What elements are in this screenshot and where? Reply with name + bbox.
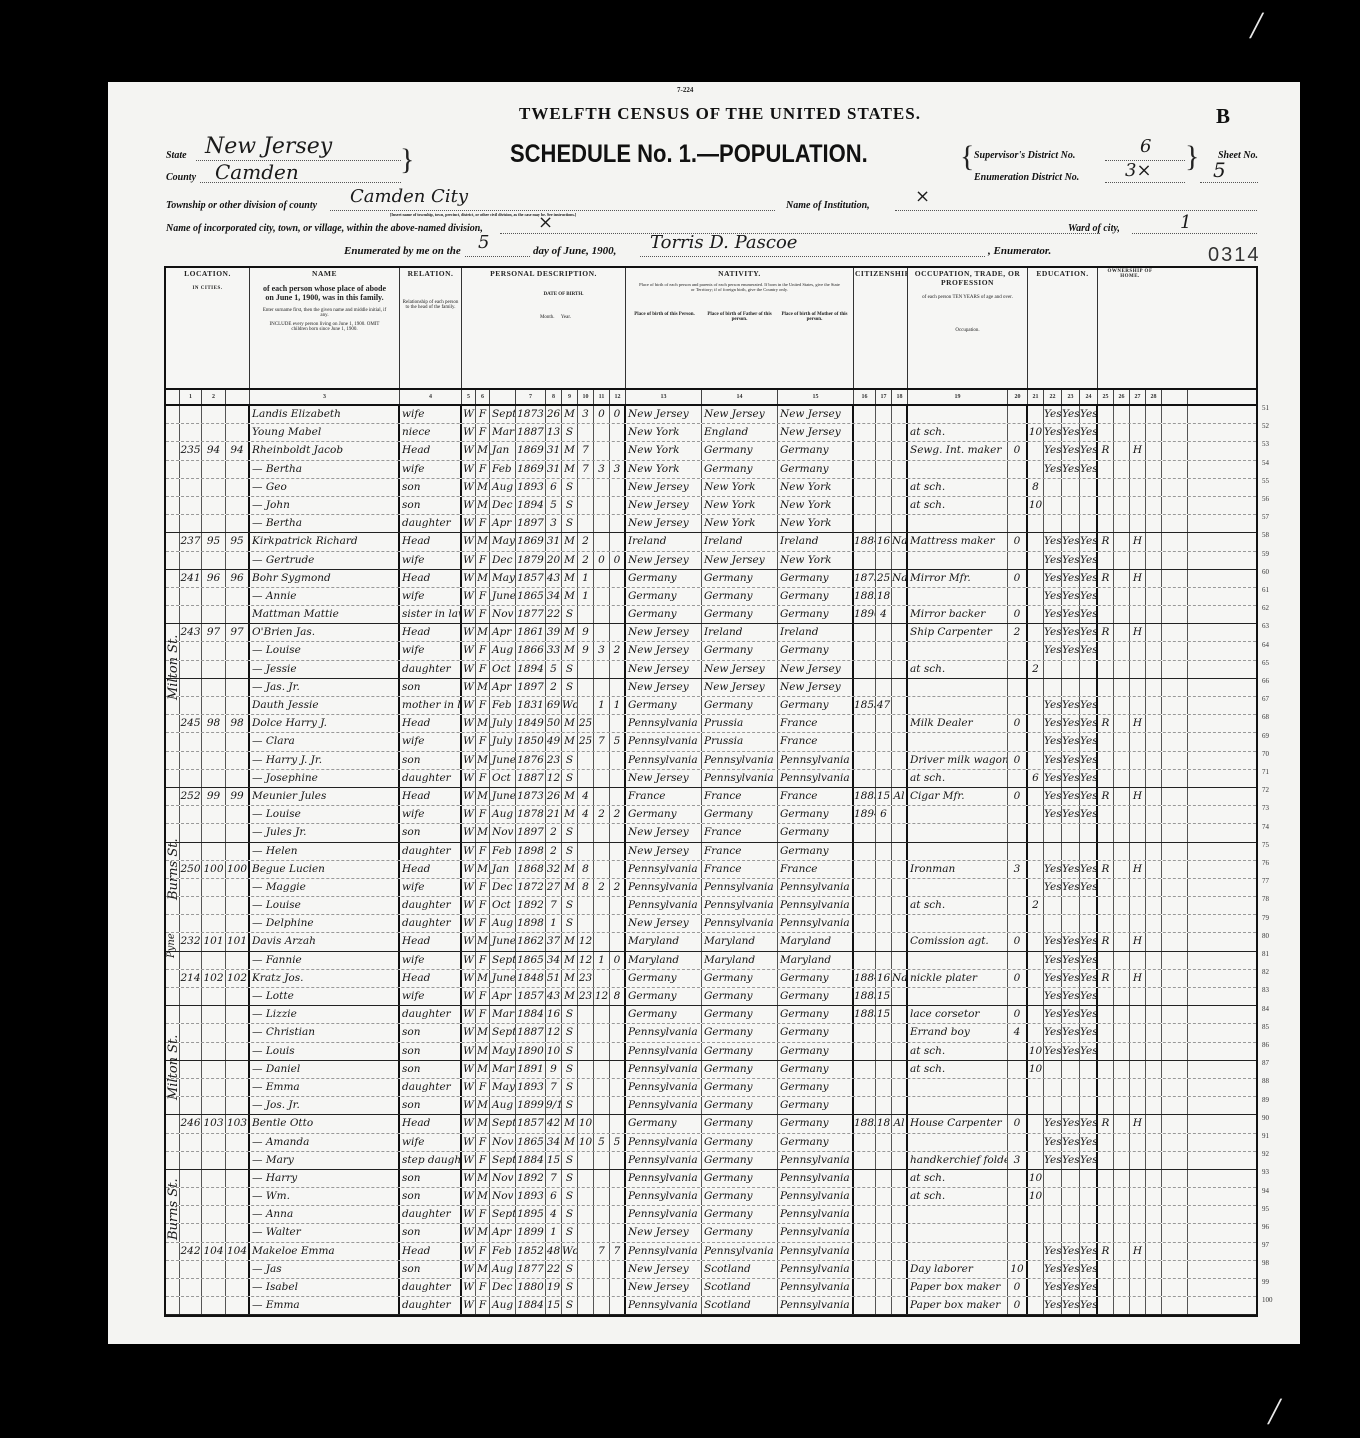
cell-rel: son (400, 824, 462, 841)
cell-own: R (1098, 442, 1114, 459)
cell-mpob: Pennsylvania (778, 1170, 854, 1187)
cell-eng: Yes (1080, 1006, 1098, 1023)
cell-yus (876, 1079, 892, 1096)
header-location: LOCATION. IN CITIES. (166, 268, 250, 388)
cell-empty (1162, 1024, 1188, 1041)
cell-age: 48 (546, 1243, 562, 1260)
cell-yus (876, 879, 892, 896)
line-number: 63 (1262, 622, 1269, 630)
cell-fpob: Pennsylvania (702, 915, 778, 932)
cell-rel: wife (400, 733, 462, 750)
cell-born (594, 897, 610, 914)
cell-read: Yes (1044, 879, 1062, 896)
cell-ms: S (562, 515, 578, 532)
cell-eng: Yes (1080, 606, 1098, 623)
cell-year: 1862 (516, 933, 546, 950)
cell-color: W (462, 661, 476, 678)
cell-write: Yes (1062, 788, 1080, 805)
cell-school (1028, 1134, 1044, 1151)
cell-read (1044, 661, 1062, 678)
line-number: 97 (1262, 1241, 1269, 1249)
cell-unemp (1008, 406, 1028, 423)
cell-imm (854, 515, 876, 532)
cell-read: Yes (1044, 642, 1062, 659)
cell-empty (166, 515, 180, 532)
cell-fpob: Germany (702, 1115, 778, 1132)
cell-own (1098, 479, 1114, 496)
cell-sex: F (476, 461, 490, 478)
cell-own (1098, 1188, 1114, 1205)
table-row: 242104104Makeloe EmmaHeadWFFeb185248Wd77… (166, 1243, 1256, 1261)
cell-fam (226, 1079, 250, 1096)
cell-house (180, 824, 202, 841)
cell-imm (854, 770, 876, 787)
cell-empty (1162, 515, 1188, 532)
cell-empty (166, 1261, 180, 1278)
cell-read (1044, 1079, 1062, 1096)
cell-read: Yes (1044, 552, 1062, 569)
cell-color: W (462, 970, 476, 987)
cell-occ: at sch. (908, 897, 1008, 914)
township-line (330, 210, 775, 211)
cell-yus (876, 770, 892, 787)
cell-farm (1130, 1170, 1146, 1187)
cell-name: — Mary (250, 1152, 400, 1169)
cell-occ: at sch. (908, 479, 1008, 496)
cell-year: 1857 (516, 570, 546, 587)
cell-unemp: 10 (1008, 1261, 1028, 1278)
cell-pob: Pennsylvania (626, 1243, 702, 1260)
cell-own (1098, 552, 1114, 569)
cell-name: — Louise (250, 897, 400, 914)
cell-own (1098, 1170, 1114, 1187)
cell-fam: 99 (226, 788, 250, 805)
cell-yrs: 2 (578, 552, 594, 569)
cell-yus (876, 861, 892, 878)
cell-read: Yes (1044, 770, 1062, 787)
cell-month: Dec (490, 1279, 516, 1296)
cell-color: W (462, 461, 476, 478)
cell-color: W (462, 897, 476, 914)
cell-ms: M (562, 970, 578, 987)
cell-nat (892, 1152, 908, 1169)
cell-eng (1080, 661, 1098, 678)
cell-eng: Yes (1080, 642, 1098, 659)
cell-eng: Yes (1080, 570, 1098, 587)
cell-born: 1 (594, 697, 610, 714)
cell-age: 22 (546, 1261, 562, 1278)
cell-rel: wife (400, 1134, 462, 1151)
cell-born (594, 497, 610, 514)
cell-imm: 1884 (854, 533, 876, 550)
cell-born (594, 606, 610, 623)
cell-pob: New York (626, 424, 702, 441)
cell-empty (1146, 424, 1162, 441)
cell-imm (854, 752, 876, 769)
schedule-title: SCHEDULE No. 1.—POPULATION. (510, 140, 868, 169)
cell-sex: M (476, 861, 490, 878)
line-number: 65 (1262, 659, 1269, 667)
cell-yrs (578, 1188, 594, 1205)
cell-house (180, 1152, 202, 1169)
table-row: — JessiedaughterWFOct18945SNew JerseyNew… (166, 661, 1256, 679)
cell-empty (166, 533, 180, 550)
cell-write: Yes (1062, 424, 1080, 441)
cell-yus (876, 1024, 892, 1041)
cell-empty (166, 1152, 180, 1169)
cell-sex: F (476, 806, 490, 823)
cell-mpob: Germany (778, 1115, 854, 1132)
institution-label: Name of Institution, (786, 200, 870, 211)
cell-unemp (1008, 1061, 1028, 1078)
cell-farm (1130, 1006, 1146, 1023)
cell-yrs: 9 (578, 624, 594, 641)
cell-own: R (1098, 570, 1114, 587)
cell-house (180, 1006, 202, 1023)
cell-yrs: 7 (578, 461, 594, 478)
cell-born (594, 1188, 610, 1205)
cell-fam (226, 1297, 250, 1314)
cell-ms: M (562, 933, 578, 950)
cell-sex: F (476, 588, 490, 605)
cell-year: 1876 (516, 752, 546, 769)
column-number: 8 (546, 390, 562, 404)
cell-year: 1868 (516, 861, 546, 878)
cell-read: Yes (1044, 1043, 1062, 1060)
cell-name: — Annie (250, 588, 400, 605)
cell-empty (166, 442, 180, 459)
cell-month: Apr (490, 679, 516, 696)
cell-color: W (462, 588, 476, 605)
cell-empty (1162, 897, 1188, 914)
cell-month: Aug (490, 1097, 516, 1114)
table-row: — EmmadaughterWFAug188415SPennsylvaniaSc… (166, 1297, 1256, 1315)
column-number: 25 (1098, 390, 1114, 404)
cell-farm (1130, 806, 1146, 823)
table-row: 2359494Rheinboldt JacobHeadWMJan186931M7… (166, 442, 1256, 460)
cell-school: 10 (1028, 1188, 1044, 1205)
cell-pob: Germany (626, 588, 702, 605)
cell-born (594, 843, 610, 860)
cell-own (1098, 824, 1114, 841)
cell-living (610, 1006, 626, 1023)
cell-house (180, 1297, 202, 1314)
cell-year: 1866 (516, 642, 546, 659)
cell-fam (226, 515, 250, 532)
cell-occ (908, 1097, 1008, 1114)
cell-eng: Yes (1080, 461, 1098, 478)
cell-mpob: Pennsylvania (778, 1188, 854, 1205)
cell-sex: F (476, 642, 490, 659)
cell-mpob: Pennsylvania (778, 1279, 854, 1296)
cell-read: Yes (1044, 788, 1062, 805)
cell-month: Aug (490, 1297, 516, 1314)
table-row: 2379595Kirkpatrick RichardHeadWMMay18693… (166, 533, 1256, 551)
cell-dw (202, 843, 226, 860)
cell-year: 1884 (516, 1152, 546, 1169)
cell-house: 245 (180, 715, 202, 732)
cell-rel: sister in law (400, 606, 462, 623)
cell-fpob: Germany (702, 642, 778, 659)
cell-rel: Head (400, 1115, 462, 1132)
cell-yus (876, 1224, 892, 1241)
cell-year: 1898 (516, 915, 546, 932)
cell-school (1028, 1279, 1044, 1296)
cell-yrs: 8 (578, 879, 594, 896)
cell-living (610, 843, 626, 860)
cell-rel: son (400, 1024, 462, 1041)
cell-nat (892, 1134, 908, 1151)
cell-ms: S (562, 479, 578, 496)
cell-dw (202, 952, 226, 969)
cell-age: 31 (546, 461, 562, 478)
cell-sex: M (476, 479, 490, 496)
cell-yus (876, 1043, 892, 1060)
cell-ms: S (562, 1206, 578, 1223)
cell-nat (892, 897, 908, 914)
cell-dw (202, 1024, 226, 1041)
cell-ms: S (562, 1279, 578, 1296)
line-number: 99 (1262, 1278, 1269, 1286)
column-number: 15 (778, 390, 854, 404)
brace: } (400, 145, 414, 175)
table-row: — EmmadaughterWFMay18937SPennsylvaniaGer… (166, 1079, 1256, 1097)
cell-dw (202, 679, 226, 696)
cell-occ (908, 642, 1008, 659)
table-row: — DelphinedaughterWFAug18981SNew JerseyP… (166, 915, 1256, 933)
cell-age: 26 (546, 788, 562, 805)
cell-write (1062, 1097, 1080, 1114)
cell-mpob: Maryland (778, 952, 854, 969)
population-table: LOCATION. IN CITIES. NAME of each person… (164, 266, 1258, 1317)
cell-living (610, 1224, 626, 1241)
cell-month: Feb (490, 697, 516, 714)
cell-free (1114, 879, 1130, 896)
cell-fpob: Germany (702, 1206, 778, 1223)
cell-age: 6 (546, 479, 562, 496)
cell-rel: wife (400, 806, 462, 823)
table-row: — LouissonWMMay189010SPennsylvaniaGerman… (166, 1043, 1256, 1061)
cell-school: 10 (1028, 1043, 1044, 1060)
cell-year: 1898 (516, 843, 546, 860)
cell-empty (166, 988, 180, 1005)
cell-nat (892, 806, 908, 823)
cell-fpob: Germany (702, 1097, 778, 1114)
cell-name: Bentle Otto (250, 1115, 400, 1132)
cell-born (594, 442, 610, 459)
cell-own (1098, 497, 1114, 514)
cell-color: W (462, 552, 476, 569)
cell-empty (1162, 1224, 1188, 1241)
cell-yrs: 2 (578, 533, 594, 550)
cell-school (1028, 952, 1044, 969)
cell-occ (908, 988, 1008, 1005)
cell-year: 1897 (516, 515, 546, 532)
cell-color: W (462, 1297, 476, 1314)
cell-read (1044, 515, 1062, 532)
cell-age: 2 (546, 843, 562, 860)
cell-born (594, 1152, 610, 1169)
cell-write: Yes (1062, 461, 1080, 478)
cell-empty (1146, 461, 1162, 478)
cell-school: 10 (1028, 1170, 1044, 1187)
cell-write: Yes (1062, 1261, 1080, 1278)
cell-read: Yes (1044, 733, 1062, 750)
cell-rel: Head (400, 1243, 462, 1260)
cell-empty (1162, 624, 1188, 641)
cell-own: R (1098, 933, 1114, 950)
cell-occ: Comission agt. (908, 933, 1008, 950)
cell-read (1044, 897, 1062, 914)
table-row: — LouisewifeWFAug187821M422GermanyGerman… (166, 806, 1256, 824)
cell-sex: M (476, 1115, 490, 1132)
cell-living (610, 715, 626, 732)
cell-month: Nov (490, 606, 516, 623)
cell-occ (908, 461, 1008, 478)
cell-fpob: Germany (702, 1061, 778, 1078)
cell-imm (854, 1097, 876, 1114)
cell-color: W (462, 442, 476, 459)
cell-pob: Germany (626, 988, 702, 1005)
cell-color: W (462, 1152, 476, 1169)
cell-read: Yes (1044, 1024, 1062, 1041)
state-label: State (166, 150, 187, 161)
cell-fam: 98 (226, 715, 250, 732)
cell-house (180, 461, 202, 478)
cell-color: W (462, 788, 476, 805)
cell-yrs (578, 679, 594, 696)
cell-school (1028, 970, 1044, 987)
cell-name: — Josephine (250, 770, 400, 787)
cell-yrs (578, 1061, 594, 1078)
cell-year: 1857 (516, 988, 546, 1005)
cell-farm (1130, 697, 1146, 714)
cell-dw (202, 1279, 226, 1296)
cell-year: 1869 (516, 533, 546, 550)
cell-sex: F (476, 879, 490, 896)
cell-name: — Geo (250, 479, 400, 496)
cell-fam (226, 588, 250, 605)
cell-dw (202, 1297, 226, 1314)
cell-fpob: Pennsylvania (702, 897, 778, 914)
cell-ms: S (562, 1006, 578, 1023)
cell-month: Oct (490, 661, 516, 678)
cell-living (610, 497, 626, 514)
cell-age: 1 (546, 1224, 562, 1241)
cell-dw (202, 1097, 226, 1114)
cell-own (1098, 1043, 1114, 1060)
cell-dw (202, 424, 226, 441)
cell-empty (1146, 1188, 1162, 1205)
cell-month: Nov (490, 1134, 516, 1151)
cell-yrs (578, 1206, 594, 1223)
cell-empty (1162, 406, 1188, 423)
table-row: — Jules Jr.sonWMNov18972SNew JerseyFranc… (166, 824, 1256, 842)
cell-empty (1146, 879, 1162, 896)
line-number: 94 (1262, 1187, 1269, 1195)
cell-occ: handkerchief folder (908, 1152, 1008, 1169)
cell-empty (1162, 570, 1188, 587)
cell-name: — Bertha (250, 515, 400, 532)
line-number: 92 (1262, 1150, 1269, 1158)
line-number: 60 (1262, 568, 1269, 576)
cell-unemp: 0 (1008, 1115, 1028, 1132)
cell-eng: Yes (1080, 933, 1098, 950)
cell-farm (1130, 843, 1146, 860)
header-nativity: NATIVITY. Place of birth of each person … (626, 268, 854, 388)
cell-write: Yes (1062, 552, 1080, 569)
street-label: Milton St. (166, 635, 181, 700)
cell-rel: niece (400, 424, 462, 441)
cell-sex: F (476, 770, 490, 787)
cell-name: Landis Elizabeth (250, 406, 400, 423)
ward-line (1132, 233, 1257, 234)
cell-fam (226, 1170, 250, 1187)
cell-unemp (1008, 1043, 1028, 1060)
cell-imm (854, 642, 876, 659)
cell-yrs: 9 (578, 642, 594, 659)
cell-empty (1146, 642, 1162, 659)
cell-own (1098, 1134, 1114, 1151)
cell-fam (226, 497, 250, 514)
cell-school (1028, 533, 1044, 550)
cell-imm (854, 661, 876, 678)
cell-empty (166, 733, 180, 750)
cell-born (594, 1079, 610, 1096)
cell-age: 21 (546, 806, 562, 823)
cell-ms: S (562, 1224, 578, 1241)
cell-mpob: Germany (778, 442, 854, 459)
cell-age: 9/12 (546, 1097, 562, 1114)
header-relation: RELATION. Relationship of each person to… (400, 268, 462, 388)
cell-own (1098, 806, 1114, 823)
cell-fpob: New Jersey (702, 406, 778, 423)
column-number: 9 (562, 390, 578, 404)
cell-unemp: 0 (1008, 933, 1028, 950)
cell-own (1098, 1152, 1114, 1169)
cell-yrs (578, 515, 594, 532)
cell-empty (1146, 952, 1162, 969)
cell-eng: Yes (1080, 424, 1098, 441)
cell-nat (892, 606, 908, 623)
table-row: — MaggiewifeWFDec187227M822PennsylvaniaP… (166, 879, 1256, 897)
cell-color: W (462, 1224, 476, 1241)
cell-rel: wife (400, 552, 462, 569)
cell-imm: 1875 (854, 570, 876, 587)
cell-yus (876, 442, 892, 459)
cell-farm: H (1130, 570, 1146, 587)
cell-year: 1850 (516, 733, 546, 750)
cell-farm: H (1130, 933, 1146, 950)
cell-free (1114, 442, 1130, 459)
cell-rel: Head (400, 788, 462, 805)
cell-month: June (490, 970, 516, 987)
cell-yus (876, 461, 892, 478)
cell-yus: 15 (876, 988, 892, 1005)
cell-month: Jan (490, 861, 516, 878)
cell-sex: M (476, 933, 490, 950)
cell-yus: 15 (876, 1006, 892, 1023)
cell-name: — Daniel (250, 1061, 400, 1078)
cell-yus (876, 1152, 892, 1169)
cell-write: Yes (1062, 1134, 1080, 1151)
cell-imm (854, 1224, 876, 1241)
cell-month: Dec (490, 497, 516, 514)
cell-name: — Walter (250, 1224, 400, 1241)
cell-free (1114, 1043, 1130, 1060)
cell-dw: 98 (202, 715, 226, 732)
cell-yrs: 25 (578, 715, 594, 732)
